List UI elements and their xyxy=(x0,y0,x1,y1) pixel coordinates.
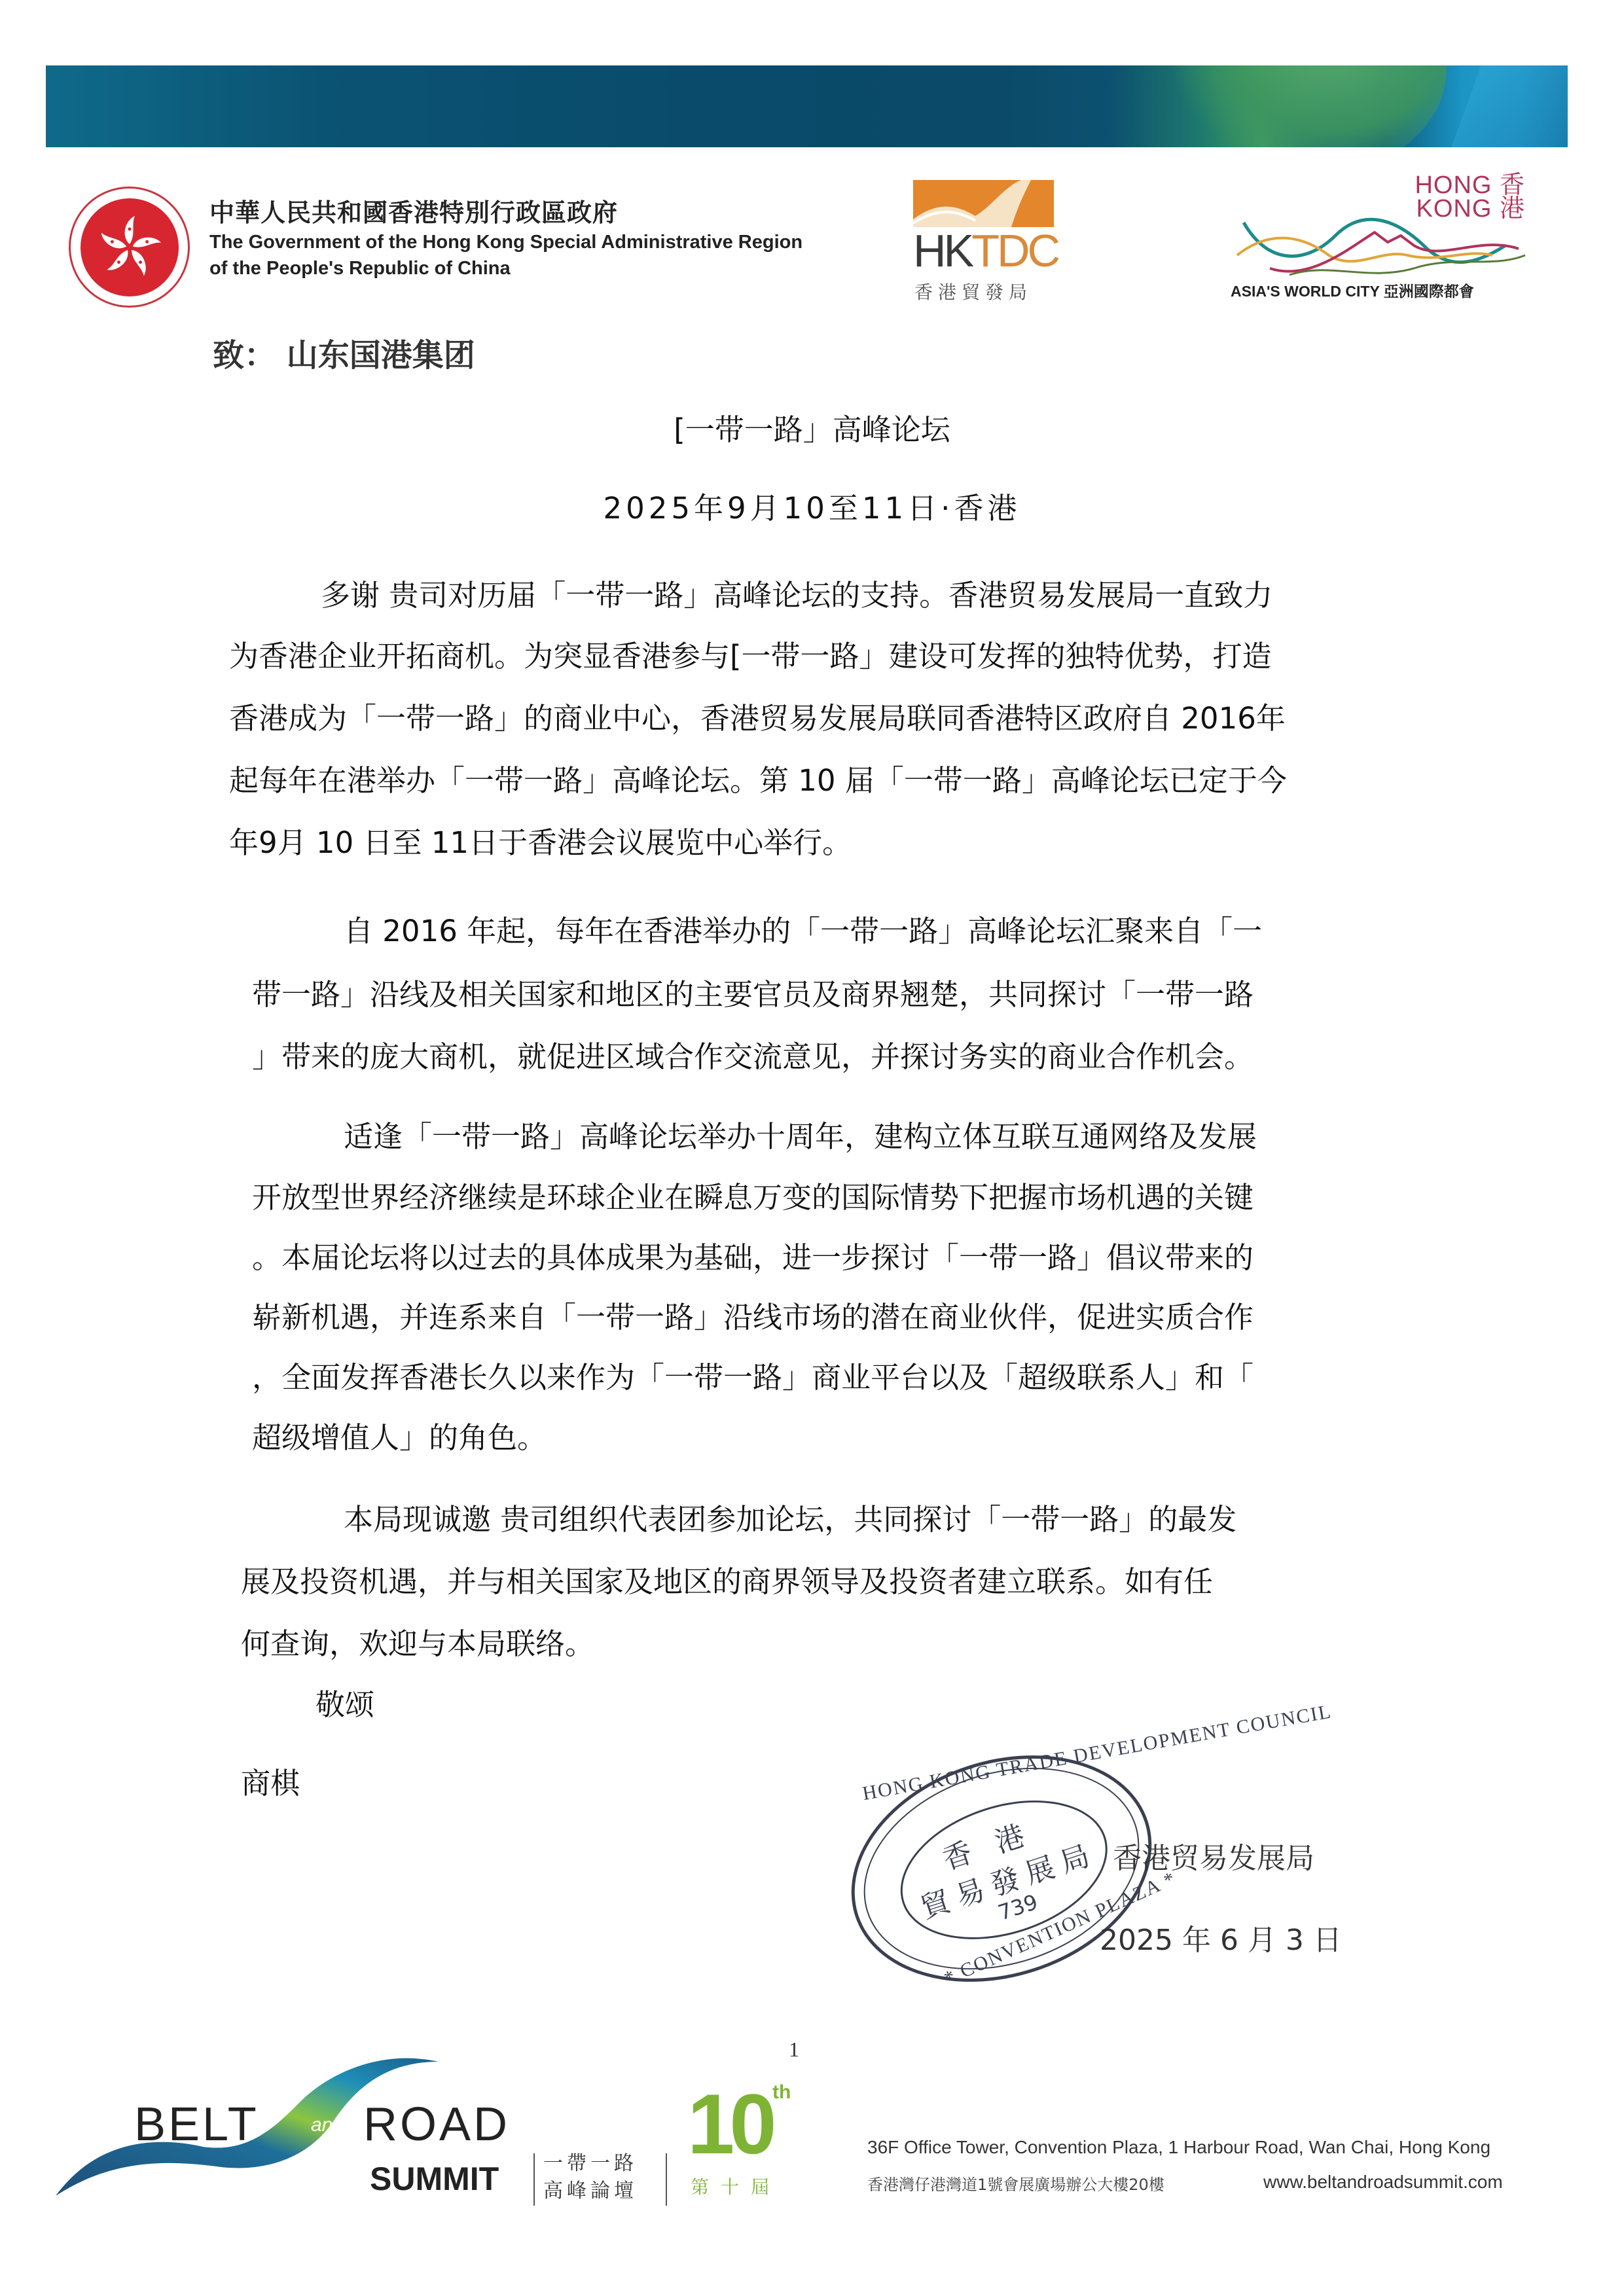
footer-divider xyxy=(533,2153,535,2206)
para1-line1: 多谢 贵司对历届「一带一路」高峰论坛的支持。香港贸易发展局一直致力 xyxy=(321,579,1272,612)
hktdc-name-zh: 香港貿發局 xyxy=(914,278,1032,304)
banner-blue-arc xyxy=(1429,65,1568,147)
logo-road: ROAD xyxy=(363,2098,510,2151)
tenth-zh: 第十屆 xyxy=(691,2173,781,2199)
hktdc-mountain-icon xyxy=(913,180,1054,227)
para1-line4: 起每年在港举办「一带一路」高峰论坛。第 10 届「一带一路」高峰论坛已定于今 xyxy=(229,764,1287,797)
address-zh: 香港灣仔港灣道1號會展廣場辦公大樓20樓 xyxy=(867,2172,1164,2195)
para3-line4: 崭新机遇，并连系来自「一带一路」沿线市场的潜在商业伙伴，促进实质合作 xyxy=(252,1301,1254,1334)
bauhinia-icon xyxy=(81,198,179,296)
tenth-edition-badge: 10 th 第十屆 xyxy=(687,2081,818,2193)
address-en: 36F Office Tower, Convention Plaza, 1 Ha… xyxy=(867,2137,1490,2158)
logo-summit: SUMMIT xyxy=(370,2160,499,2198)
event-date: 2025年9月10至11日·香港 xyxy=(0,492,1624,525)
para2-line2: 带一路」沿线及相关国家和地区的主要官员及商界翘楚，共同探讨「一带一路 xyxy=(252,978,1254,1011)
gov-name-en-2: of the People's Republic of China xyxy=(209,255,803,281)
signature-date: 2025 年 6 月 3 日 xyxy=(1100,1924,1342,1957)
tenth-number: 10 xyxy=(687,2081,772,2166)
brand-hong-kong-logo: HONG 香 KONG 港 ASIA'S WORLD CITY 亞洲國際都會 xyxy=(1231,173,1545,304)
para4-line2: 展及投资机遇，并与相关国家及地区的商界领导及投资者建立联系。如有任 xyxy=(241,1566,1213,1598)
para2-line1: 自 2016 年起，每年在香港举办的「一带一路」高峰论坛汇聚来自「一 xyxy=(344,915,1262,948)
para4-line1: 本局现诚邀 贵司组织代表团参加论坛，共同探讨「一带一路」的最发 xyxy=(344,1503,1236,1536)
greeting: 商棋 xyxy=(241,1767,300,1800)
header-banner xyxy=(46,65,1568,147)
para3-line3: 。本届论坛将以过去的具体成果为基础，进一步探讨「一带一路」倡议带来的 xyxy=(252,1242,1254,1274)
website-link[interactable]: www.beltandroadsummit.com xyxy=(1263,2172,1503,2193)
hksar-emblem-icon xyxy=(69,187,190,308)
page-number: 1 xyxy=(789,2037,799,2062)
para2-line3: 」带来的庞大商机，就促进区域合作交流意见，并探讨务实的商业合作机会。 xyxy=(252,1041,1254,1073)
para1-line2: 为香港企业开拓商机。为突显香港参与[一带一路」建设可发挥的独特优势，打造 xyxy=(229,640,1272,673)
signature-organization: 香港贸易发展局 xyxy=(1113,1842,1314,1875)
para3-line5: ，全面发挥香港长久以来作为「一带一路」商业平台以及「超级联系人」和「 xyxy=(252,1361,1254,1394)
belt-and-road-summit-logo: BELT and ROAD SUMMIT xyxy=(52,2049,524,2206)
logo-belt: BELT xyxy=(134,2098,259,2151)
para3-line6: 超级增值人」的角色。 xyxy=(252,1422,547,1454)
para1-line5: 年9月 10 日至 11日于香港会议展览中心举行。 xyxy=(229,827,852,859)
tenth-suffix: th xyxy=(772,2081,791,2104)
logo-and: and xyxy=(311,2114,344,2136)
hktdc-wordmark: HKTDC xyxy=(913,227,1058,274)
para3-line2: 开放型世界经济继续是环球企业在瞬息万变的国际情势下把握市场机遇的关键 xyxy=(252,1181,1254,1214)
addressee: 致： 山东国港集团 xyxy=(213,339,475,372)
gov-name-block: 中華人民共和國香港特別行政區政府 The Government of the H… xyxy=(209,196,803,281)
banner-green-arc xyxy=(1172,65,1447,147)
closing: 敬颂 xyxy=(316,1689,374,1721)
flying-dragon-icon xyxy=(1231,209,1538,281)
gov-name-zh: 中華人民共和國香港特別行政區政府 xyxy=(209,196,803,229)
summit-name-zh: 一帶一路 高峰論壇 xyxy=(543,2150,638,2205)
footer-divider xyxy=(666,2153,667,2206)
letter-title: [一带一路」高峰论坛 xyxy=(0,414,1624,446)
para4-line3: 何查询，欢迎与本局联络。 xyxy=(241,1628,594,1660)
hktdc-logo: HKTDC 香港貿發局 xyxy=(913,180,1070,304)
gov-name-en-1: The Government of the Hong Kong Special … xyxy=(209,229,803,255)
stamp-ring-top: HONG KONG TRADE DEVELOPMENT COUNCIL xyxy=(861,1700,1333,1805)
para1-line3: 香港成为「一带一路」的商业中心，香港贸易发展局联同香港特区政府自 2016年 xyxy=(229,702,1286,735)
para3-line1: 适逢「一带一路」高峰论坛举办十周年，建构立体互联互通网络及发展 xyxy=(344,1121,1257,1153)
brand-hk-tagline: ASIA'S WORLD CITY 亞洲國際都會 xyxy=(1231,279,1474,301)
